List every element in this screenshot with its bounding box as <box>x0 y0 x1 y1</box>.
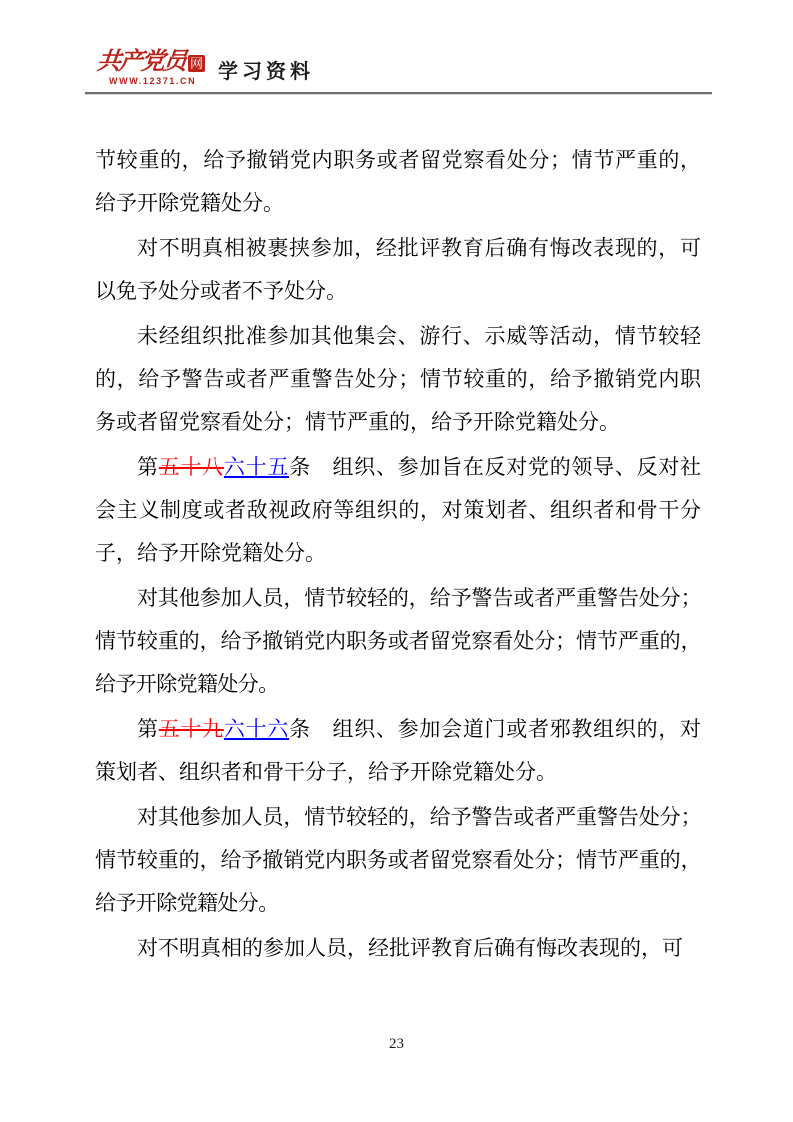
deleted-text: 五十八 <box>159 455 224 479</box>
document-body: 节较重的，给予撤销党内职务或者留党察看处分；情节严重的，给予开除党籍处分。 对不… <box>95 139 701 972</box>
paragraph: 对其他参加人员，情节较轻的，给予警告或者严重警告处分；情节较重的，给予撤销党内职… <box>95 796 701 925</box>
inserted-text: 六十五 <box>224 455 289 479</box>
article-prefix: 第 <box>137 455 159 479</box>
page-header: 共产党员 网 WWW.12371.CN 学习资料 <box>97 48 710 92</box>
header-divider <box>85 92 712 95</box>
paragraph: 对不明真相被裹挟参加，经批评教育后确有悔改表现的，可以免予处分或者不予处分。 <box>95 227 701 313</box>
page-footer: 23 <box>0 1036 793 1053</box>
paragraph: 未经组织批准参加其他集会、游行、示威等活动，情节较轻的，给予警告或者严重警告处分… <box>95 315 701 444</box>
site-logo: 共产党员 网 WWW.12371.CN <box>97 48 217 86</box>
paragraph: 对不明真相的参加人员，经批评教育后确有悔改表现的，可 <box>95 927 701 970</box>
logo-calligraphy-text: 共产党员 <box>96 50 187 74</box>
paragraph-article-66: 第五十九六十六条 组织、参加会道门或者邪教组织的，对策划者、组织者和骨干分子，给… <box>95 708 701 794</box>
logo-top-row: 共产党员 网 <box>97 48 217 74</box>
article-prefix: 第 <box>137 717 159 741</box>
paragraph: 对其他参加人员，情节较轻的，给予警告或者严重警告处分；情节较重的，给予撤销党内职… <box>95 577 701 706</box>
paragraph-article-65: 第五十八六十五条 组织、参加旨在反对党的领导、反对社会主义制度或者敌视政府等组织… <box>95 446 701 575</box>
inserted-text: 六十六 <box>224 717 289 741</box>
logo-url-text: WWW.12371.CN <box>97 76 217 86</box>
paragraph-continuation: 节较重的，给予撤销党内职务或者留党察看处分；情节严重的，给予开除党籍处分。 <box>95 139 701 225</box>
logo-net-badge-icon: 网 <box>188 55 205 72</box>
deleted-text: 五十九 <box>159 717 224 741</box>
document-page: 共产党员 网 WWW.12371.CN 学习资料 节较重的，给予撤销党内职务或者… <box>0 0 793 1122</box>
header-doc-type-label: 学习资料 <box>218 55 314 84</box>
page-number: 23 <box>389 1036 404 1052</box>
